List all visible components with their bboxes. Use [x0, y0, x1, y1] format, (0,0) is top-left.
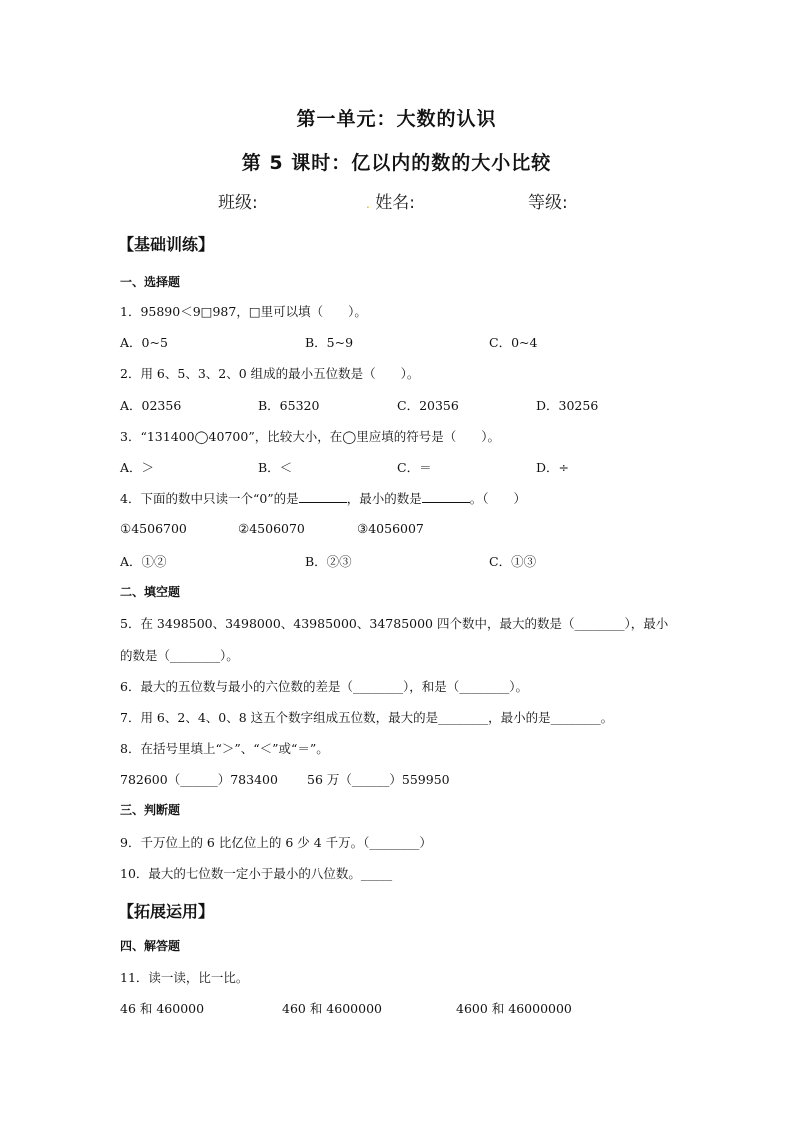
question-3: 3．“131400◯40700”，比较大小，在◯里应填的符号是（ ）。	[120, 427, 500, 445]
q2-option-b: B．65320	[258, 396, 319, 414]
q4-item-3: ③4056007	[357, 521, 424, 536]
q3-option-d: D．÷	[536, 458, 569, 476]
q4-text-c: 。（ ）	[470, 491, 526, 506]
question-10: 10．最大的七位数一定小于最小的八位数。_____	[120, 864, 392, 882]
name-label: 姓名:	[375, 193, 415, 213]
q3-option-b: B．＜	[258, 458, 292, 476]
q11-pair-1: 46 和 460000	[120, 999, 204, 1017]
subsection-judge: 三、判断题	[120, 801, 180, 818]
subsection-answer: 四、解答题	[120, 937, 180, 954]
question-5-line1: 5．在 3498500、3498000、43985000、34785000 四个…	[120, 614, 668, 632]
q4-item-1: ①4506700	[120, 521, 187, 536]
q1-option-b: B．5~9	[305, 333, 353, 351]
question-4: 4．下面的数中只读一个“0”的是，最小的数是。（ ）	[120, 489, 526, 507]
q4-text-b: ，最小的数是	[347, 491, 422, 506]
mark-dot: .	[366, 197, 370, 211]
question-11: 11．读一读，比一比。	[120, 968, 248, 986]
question-6: 6．最大的五位数与最小的六位数的差是（________），和是（________…	[120, 677, 528, 695]
q2-option-d: D．30256	[536, 396, 598, 414]
q4-item-2: ②4506070	[238, 521, 305, 536]
q11-pair-2: 460 和 4600000	[282, 999, 382, 1017]
question-1: 1．95890＜9□987，□里可以填（ ）。	[120, 302, 367, 320]
q2-option-c: C．20356	[397, 396, 459, 414]
question-5-line2: 的数是（________）。	[120, 646, 239, 664]
q11-pair-3: 4600 和 46000000	[456, 999, 572, 1017]
q3-option-c: C．＝	[397, 458, 432, 476]
question-8: 8．在括号里填上“＞”、“＜”或“＝”。	[120, 739, 329, 757]
section-basic: 【基础训练】	[118, 232, 214, 255]
q4-text-a: 4．下面的数中只读一个“0”的是	[120, 491, 299, 506]
subsection-fill: 二、填空题	[120, 583, 180, 600]
q4-option-c: C．①③	[489, 552, 536, 570]
q4-blank-1[interactable]	[299, 490, 347, 503]
q3-option-a: A．＞	[120, 458, 154, 476]
question-9: 9．千万位上的 6 比亿位上的 6 少 4 千万。（________）	[120, 833, 432, 851]
grade-label: 等级:	[528, 188, 568, 213]
subsection-choice: 一、选择题	[120, 273, 180, 290]
name-field: . 姓名:	[366, 188, 415, 213]
q4-option-a: A．①②	[120, 552, 167, 570]
question-7: 7．用 6、2、4、0、8 这五个数字组成五位数，最大的是________，最小…	[120, 708, 613, 726]
lesson-title: 第 5 课时：亿以内的数的大小比较	[0, 148, 793, 175]
q1-option-a: A．0~5	[120, 333, 168, 351]
class-label: 班级:	[218, 188, 258, 213]
q8-pair-2: 56 万（______）559950	[307, 770, 450, 788]
question-2: 2．用 6、5、3、2、0 组成的最小五位数是（ ）。	[120, 364, 419, 382]
q4-option-b: B．②③	[305, 552, 352, 570]
q2-option-a: A．02356	[120, 396, 181, 414]
unit-title: 第一单元：大数的认识	[0, 104, 793, 131]
q4-blank-2[interactable]	[422, 490, 470, 503]
section-extend: 【拓展运用】	[118, 899, 214, 922]
q8-pair-1: 782600（______）783400	[120, 770, 278, 788]
q1-option-c: C．0~4	[489, 333, 537, 351]
